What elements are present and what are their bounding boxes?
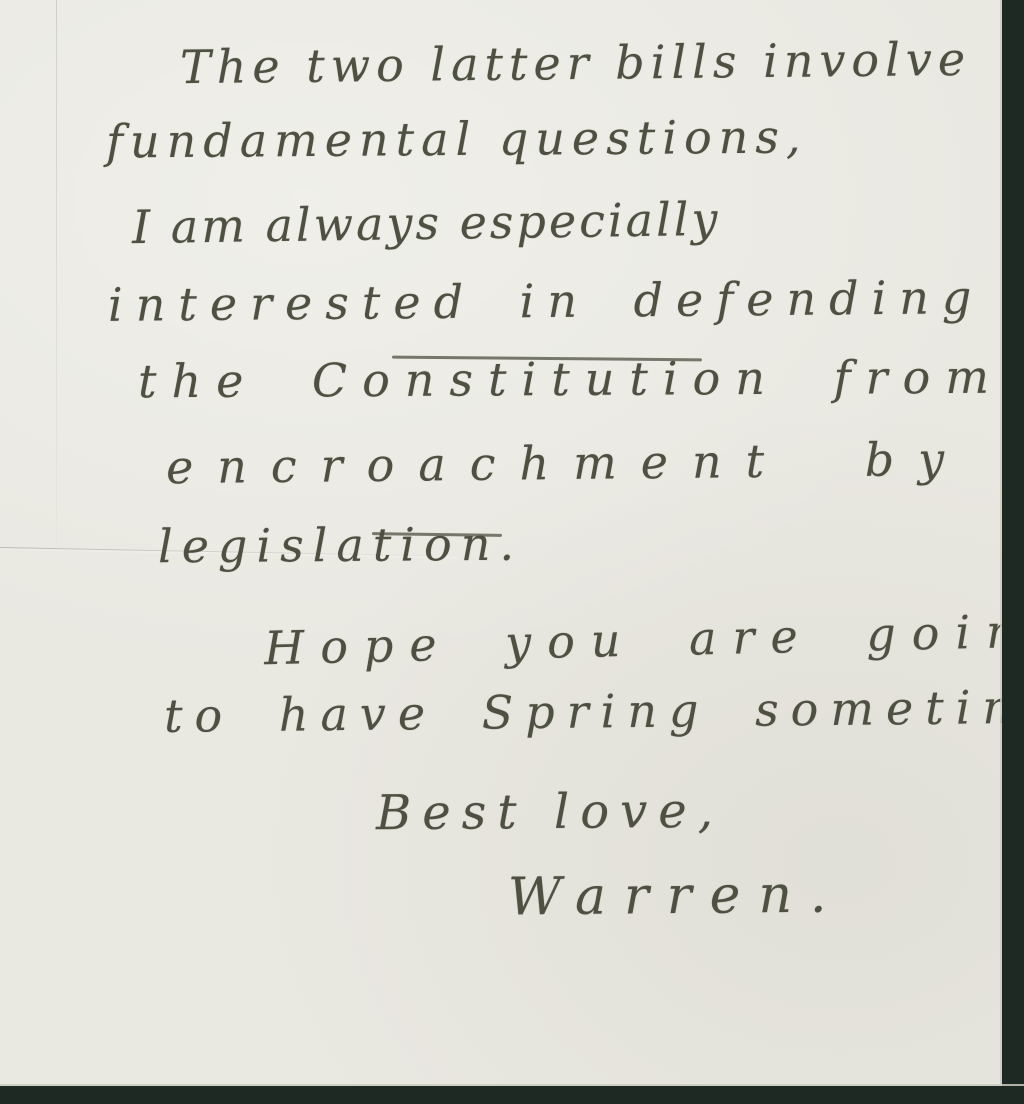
fold-crease-vertical (56, 0, 57, 545)
handwritten-line: I am always especially (132, 192, 721, 254)
letter-page: The two latter bills involve fundamental… (0, 0, 1024, 1104)
handwritten-line: Hope you are going (263, 603, 1024, 675)
handwritten-line: fundamental questions, (106, 110, 808, 169)
handwritten-line: legislation. (158, 517, 523, 574)
valediction-line: Best love, (376, 783, 724, 841)
handwritten-line: encroachment by (166, 432, 969, 494)
scan-edge-bottom (0, 1086, 1024, 1104)
handwritten-line: The two latter bills involve (180, 32, 972, 94)
signature-line: Warren. (508, 865, 845, 928)
handwritten-line: interested in defending (108, 270, 985, 332)
handwritten-line: to have Spring sometime. (164, 679, 1024, 743)
scan-edge-right (1002, 0, 1024, 1104)
